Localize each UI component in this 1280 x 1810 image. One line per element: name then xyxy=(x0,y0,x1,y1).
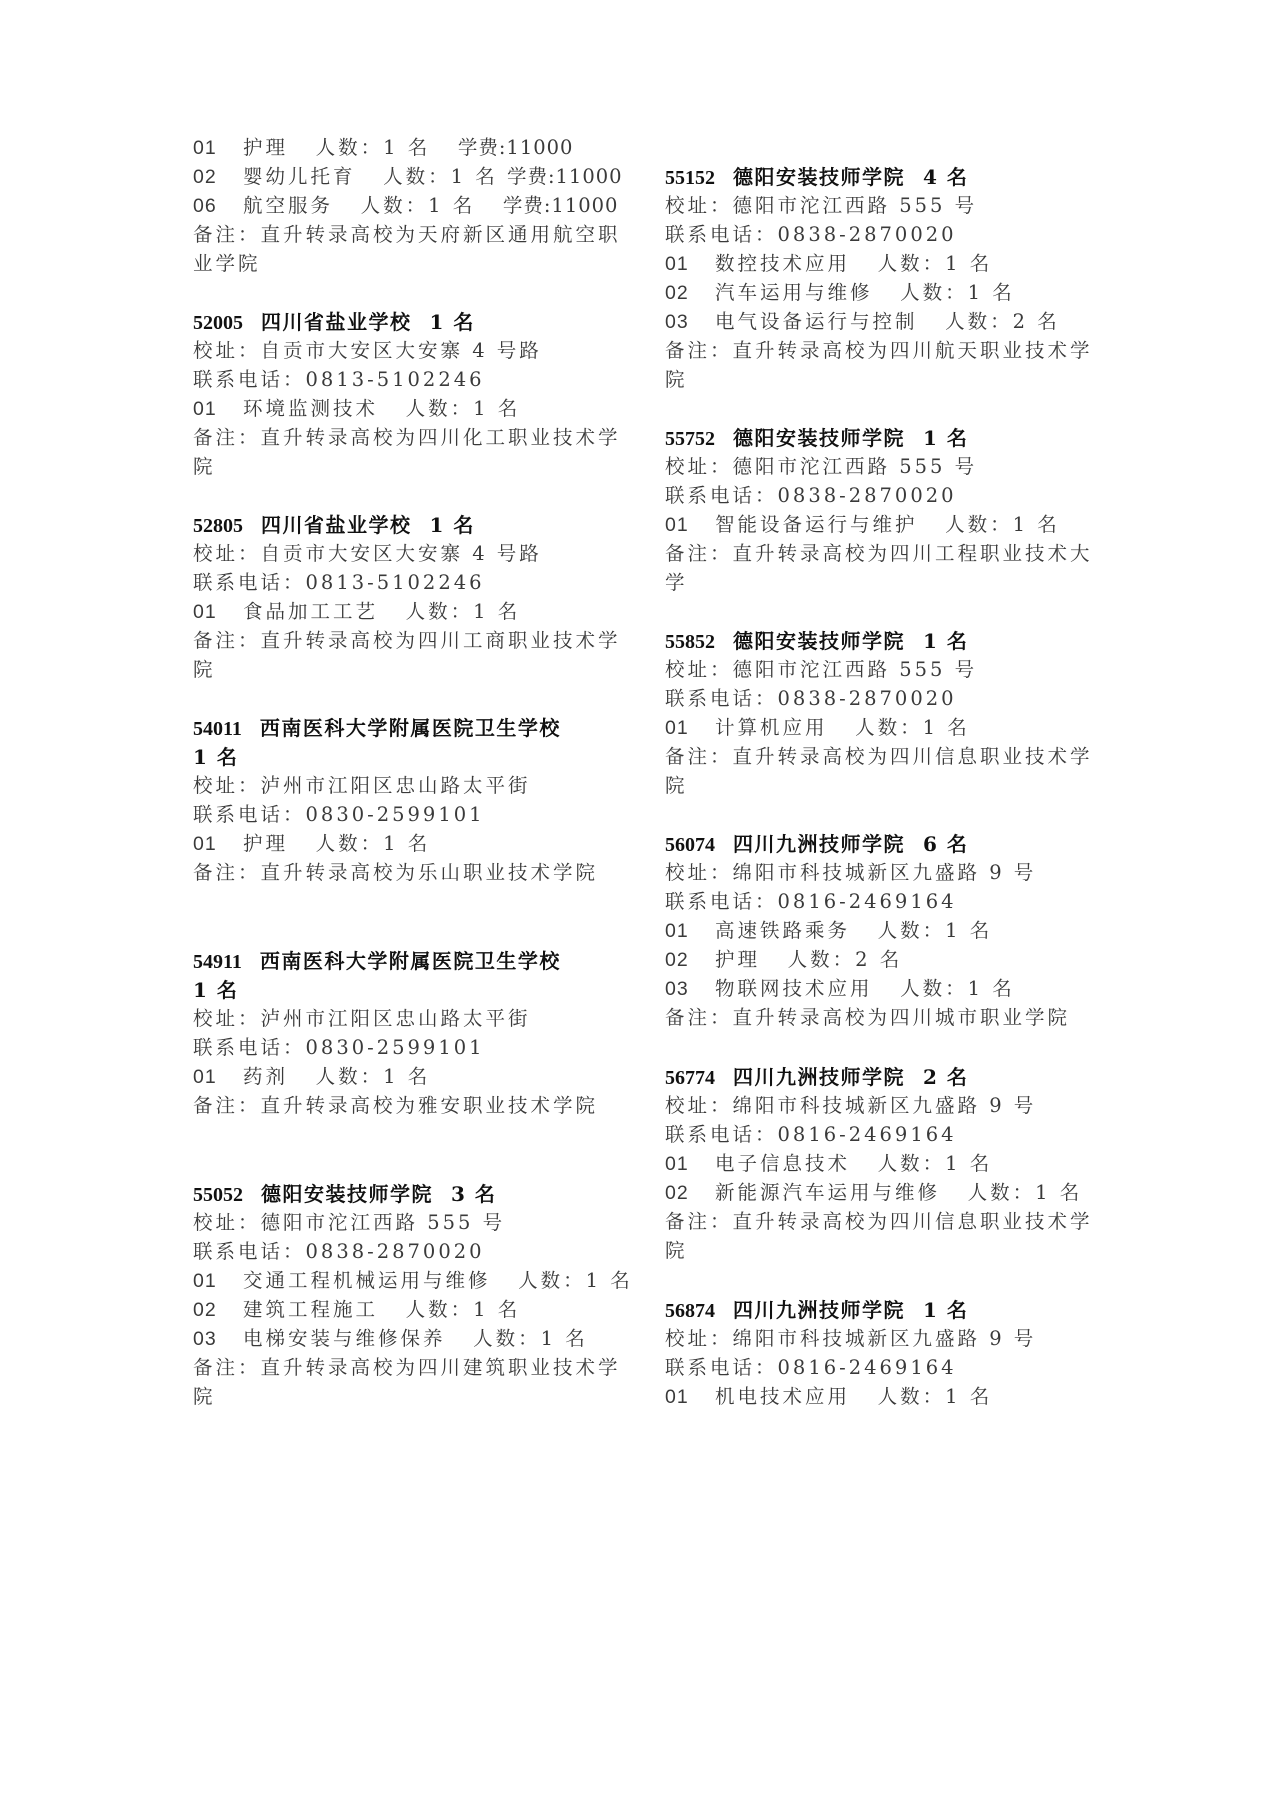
major-name: 食品加工工艺 xyxy=(243,600,378,623)
phone-line: 联系电话：0830-2599101 xyxy=(193,803,485,827)
major-line: 02建筑工程施工 人数：1 名 xyxy=(193,1298,520,1322)
major-line: 01高速铁路乘务 人数：1 名 xyxy=(665,919,992,943)
school-name: 四川九洲技师学院 xyxy=(733,832,905,856)
major-code: 01 xyxy=(193,136,243,160)
major-count: 人数：1 名 xyxy=(900,281,1015,304)
major-line: 01药剂 人数：1 名 xyxy=(193,1065,430,1089)
major-name: 智能设备运行与维护 xyxy=(715,513,918,536)
major-line: 01食品加工工艺 人数：1 名 xyxy=(193,600,520,624)
major-name: 护理 xyxy=(243,136,288,159)
major-code: 06 xyxy=(193,194,243,218)
major-line: 06航空服务 人数：1 名 学费:11000 xyxy=(193,194,618,218)
school-name: 德阳安装技师学院 xyxy=(261,1182,433,1206)
major-count: 人数：1 名 xyxy=(383,165,498,188)
school-quota: 6 名 xyxy=(923,832,968,856)
major-name: 交通工程机械运用与维修 xyxy=(243,1269,491,1292)
entry-heading: 52005四川省盐业学校1 名 xyxy=(193,310,475,335)
major-code: 01 xyxy=(193,1269,243,1293)
school-name: 德阳安装技师学院 xyxy=(733,426,905,450)
school-code: 56774 xyxy=(665,1067,715,1089)
major-line: 01交通工程机械运用与维修 人数：1 名 xyxy=(193,1269,633,1293)
school-name: 西南医科大学附属医院卫生学校 xyxy=(260,716,561,740)
address-line: 校址：德阳市沱江西路 555 号 xyxy=(665,194,977,218)
major-count: 人数：1 名 xyxy=(406,1298,521,1321)
entry-heading: 52805四川省盐业学校1 名 xyxy=(193,513,475,538)
school-name: 四川省盐业学校 xyxy=(261,310,412,334)
entry-heading: 56774四川九洲技师学院2 名 xyxy=(665,1065,968,1090)
address-line: 校址：德阳市沱江西路 555 号 xyxy=(665,455,977,479)
major-code: 01 xyxy=(193,600,243,624)
major-code: 01 xyxy=(665,716,715,740)
school-code: 55852 xyxy=(665,631,715,653)
major-line: 03电梯安装与维修保养 人数：1 名 xyxy=(193,1327,588,1351)
note-line: 备注：直升转录高校为乐山职业技术学院 xyxy=(193,861,598,885)
major-count: 人数：1 名 xyxy=(878,1152,993,1175)
school-name: 四川九洲技师学院 xyxy=(733,1065,905,1089)
major-count: 人数：1 名 xyxy=(316,136,431,159)
phone-line: 联系电话：0838-2870020 xyxy=(665,484,957,508)
major-count: 人数：1 名 xyxy=(968,1181,1083,1204)
entry-heading: 54911西南医科大学附属医院卫生学校 xyxy=(193,949,561,974)
major-count: 人数：1 名 xyxy=(406,600,521,623)
major-count: 人数：1 名 xyxy=(518,1269,633,1292)
note-line: 备注：直升转录高校为四川城市职业学院 xyxy=(665,1006,1070,1030)
address-line: 校址：绵阳市科技城新区九盛路 9 号 xyxy=(665,1327,1036,1351)
major-name: 电梯安装与维修保养 xyxy=(243,1327,446,1350)
phone-line: 联系电话：0838-2870020 xyxy=(193,1240,485,1264)
major-name: 数控技术应用 xyxy=(715,252,850,275)
major-fee: 学费:11000 xyxy=(458,136,574,159)
note-line: 学 xyxy=(665,571,688,595)
major-count: 人数：1 名 xyxy=(855,716,970,739)
major-line: 03电气设备运行与控制 人数：2 名 xyxy=(665,310,1060,334)
school-code: 55052 xyxy=(193,1184,243,1206)
major-line: 02婴幼儿托育 人数：1 名 学费:11000 xyxy=(193,165,623,189)
note-line: 备注：直升转录高校为四川工程职业技术大 xyxy=(665,542,1093,566)
entry-heading: 55152德阳安装技师学院4 名 xyxy=(665,165,968,190)
major-line: 01护理 人数：1 名 xyxy=(193,832,430,856)
phone-line: 联系电话：0838-2870020 xyxy=(665,223,957,247)
major-line: 02新能源汽车运用与维修 人数：1 名 xyxy=(665,1181,1082,1205)
note-line: 备注：直升转录高校为四川化工职业技术学 xyxy=(193,426,621,450)
school-code: 55752 xyxy=(665,428,715,450)
address-line: 校址：绵阳市科技城新区九盛路 9 号 xyxy=(665,1094,1036,1118)
entry-heading: 55852德阳安装技师学院1 名 xyxy=(665,629,968,654)
school-code: 56874 xyxy=(665,1300,715,1322)
major-code: 02 xyxy=(665,1181,715,1205)
major-line: 03物联网技术应用 人数：1 名 xyxy=(665,977,1015,1001)
major-code: 01 xyxy=(665,513,715,537)
major-line: 02护理 人数：2 名 xyxy=(665,948,902,972)
entry-heading: 56874四川九洲技师学院1 名 xyxy=(665,1298,968,1323)
note-line: 备注：直升转录高校为雅安职业技术学院 xyxy=(193,1094,598,1118)
major-count: 人数：1 名 xyxy=(316,1065,431,1088)
note-line: 备注：直升转录高校为四川航天职业技术学 xyxy=(665,339,1093,363)
major-code: 02 xyxy=(193,1298,243,1322)
major-fee: 学费:11000 xyxy=(503,194,619,217)
address-line: 校址：泸州市江阳区忠山路太平街 xyxy=(193,1007,531,1031)
school-quota: 1 名 xyxy=(923,426,968,450)
school-code: 52805 xyxy=(193,515,243,537)
entry-heading: 54011西南医科大学附属医院卫生学校 xyxy=(193,716,561,741)
major-name: 环境监测技术 xyxy=(243,397,378,420)
address-line: 校址：绵阳市科技城新区九盛路 9 号 xyxy=(665,861,1036,885)
school-code: 54911 xyxy=(193,951,242,973)
major-name: 机电技术应用 xyxy=(715,1385,850,1408)
school-quota: 1 名 xyxy=(923,1298,968,1322)
phone-line: 联系电话：0838-2870020 xyxy=(665,687,957,711)
major-code: 03 xyxy=(665,310,715,334)
major-code: 01 xyxy=(193,1065,243,1089)
major-code: 01 xyxy=(665,252,715,276)
major-name: 高速铁路乘务 xyxy=(715,919,850,942)
major-line: 01护理 人数：1 名 学费:11000 xyxy=(193,136,573,160)
entry-heading-quota: 1 名 xyxy=(193,745,238,769)
major-fee: 学费:11000 xyxy=(507,165,623,188)
major-count: 人数：1 名 xyxy=(878,919,993,942)
major-code: 01 xyxy=(193,832,243,856)
major-code: 01 xyxy=(193,397,243,421)
note-line: 业学院 xyxy=(193,252,261,276)
note-line: 备注：直升转录高校为天府新区通用航空职 xyxy=(193,223,621,247)
major-count: 人数：2 名 xyxy=(945,310,1060,333)
note-line: 备注：直升转录高校为四川工商职业技术学 xyxy=(193,629,621,653)
address-line: 校址：自贡市大安区大安寨 4 号路 xyxy=(193,339,542,363)
note-line: 院 xyxy=(665,1239,688,1263)
school-name: 四川省盐业学校 xyxy=(261,513,412,537)
phone-line: 联系电话：0816-2469164 xyxy=(665,890,957,914)
major-name: 物联网技术应用 xyxy=(715,977,873,1000)
phone-line: 联系电话：0813-5102246 xyxy=(193,571,485,595)
school-name: 德阳安装技师学院 xyxy=(733,165,905,189)
phone-line: 联系电话：0813-5102246 xyxy=(193,368,485,392)
entry-heading: 55752德阳安装技师学院1 名 xyxy=(665,426,968,451)
school-quota: 1 名 xyxy=(430,310,475,334)
major-code: 03 xyxy=(193,1327,243,1351)
entry-heading: 55052德阳安装技师学院3 名 xyxy=(193,1182,496,1207)
major-name: 药剂 xyxy=(243,1065,288,1088)
address-line: 校址：泸州市江阳区忠山路太平街 xyxy=(193,774,531,798)
major-code: 01 xyxy=(665,919,715,943)
major-line: 02汽车运用与维修 人数：1 名 xyxy=(665,281,1015,305)
school-name: 四川九洲技师学院 xyxy=(733,1298,905,1322)
major-code: 02 xyxy=(665,948,715,972)
address-line: 校址：德阳市沱江西路 555 号 xyxy=(193,1211,505,1235)
entry-heading: 56074四川九洲技师学院6 名 xyxy=(665,832,968,857)
entry-heading-quota: 1 名 xyxy=(193,978,238,1002)
note-line: 院 xyxy=(193,455,216,479)
major-line: 01智能设备运行与维护 人数：1 名 xyxy=(665,513,1060,537)
major-count: 人数：1 名 xyxy=(945,513,1060,536)
school-quota: 4 名 xyxy=(923,165,968,189)
note-line: 院 xyxy=(193,658,216,682)
major-line: 01数控技术应用 人数：1 名 xyxy=(665,252,992,276)
major-name: 护理 xyxy=(715,948,760,971)
school-quota: 1 名 xyxy=(430,513,475,537)
school-code: 52005 xyxy=(193,312,243,334)
note-line: 备注：直升转录高校为四川信息职业技术学 xyxy=(665,745,1093,769)
address-line: 校址：自贡市大安区大安寨 4 号路 xyxy=(193,542,542,566)
note-line: 备注：直升转录高校为四川建筑职业技术学 xyxy=(193,1356,621,1380)
phone-line: 联系电话：0816-2469164 xyxy=(665,1356,957,1380)
address-line: 校址：德阳市沱江西路 555 号 xyxy=(665,658,977,682)
major-code: 01 xyxy=(665,1385,715,1409)
major-count: 人数：1 名 xyxy=(316,832,431,855)
note-line: 院 xyxy=(193,1385,216,1409)
school-quota: 2 名 xyxy=(923,1065,968,1089)
phone-line: 联系电话：0830-2599101 xyxy=(193,1036,485,1060)
major-line: 01电子信息技术 人数：1 名 xyxy=(665,1152,992,1176)
major-count: 人数：2 名 xyxy=(788,948,903,971)
school-name: 德阳安装技师学院 xyxy=(733,629,905,653)
major-line: 01环境监测技术 人数：1 名 xyxy=(193,397,520,421)
school-code: 54011 xyxy=(193,718,242,740)
school-quota: 3 名 xyxy=(451,1182,496,1206)
major-name: 新能源汽车运用与维修 xyxy=(715,1181,940,1204)
school-quota: 1 名 xyxy=(923,629,968,653)
major-code: 03 xyxy=(665,977,715,1001)
major-count: 人数：1 名 xyxy=(900,977,1015,1000)
major-name: 计算机应用 xyxy=(715,716,828,739)
major-line: 01机电技术应用 人数：1 名 xyxy=(665,1385,992,1409)
major-count: 人数：1 名 xyxy=(878,252,993,275)
note-line: 备注：直升转录高校为四川信息职业技术学 xyxy=(665,1210,1093,1234)
major-name: 建筑工程施工 xyxy=(243,1298,378,1321)
note-line: 院 xyxy=(665,774,688,798)
note-line: 院 xyxy=(665,368,688,392)
major-name: 航空服务 xyxy=(243,194,333,217)
school-name: 西南医科大学附属医院卫生学校 xyxy=(260,949,561,973)
school-code: 56074 xyxy=(665,834,715,856)
major-count: 人数：1 名 xyxy=(361,194,476,217)
major-code: 02 xyxy=(193,165,243,189)
major-name: 电气设备运行与控制 xyxy=(715,310,918,333)
major-name: 电子信息技术 xyxy=(715,1152,850,1175)
major-name: 婴幼儿托育 xyxy=(243,165,356,188)
major-code: 01 xyxy=(665,1152,715,1176)
major-count: 人数：1 名 xyxy=(878,1385,993,1408)
phone-line: 联系电话：0816-2469164 xyxy=(665,1123,957,1147)
major-code: 02 xyxy=(665,281,715,305)
major-line: 01计算机应用 人数：1 名 xyxy=(665,716,970,740)
major-count: 人数：1 名 xyxy=(406,397,521,420)
school-code: 55152 xyxy=(665,167,715,189)
major-count: 人数：1 名 xyxy=(473,1327,588,1350)
major-name: 汽车运用与维修 xyxy=(715,281,873,304)
major-name: 护理 xyxy=(243,832,288,855)
